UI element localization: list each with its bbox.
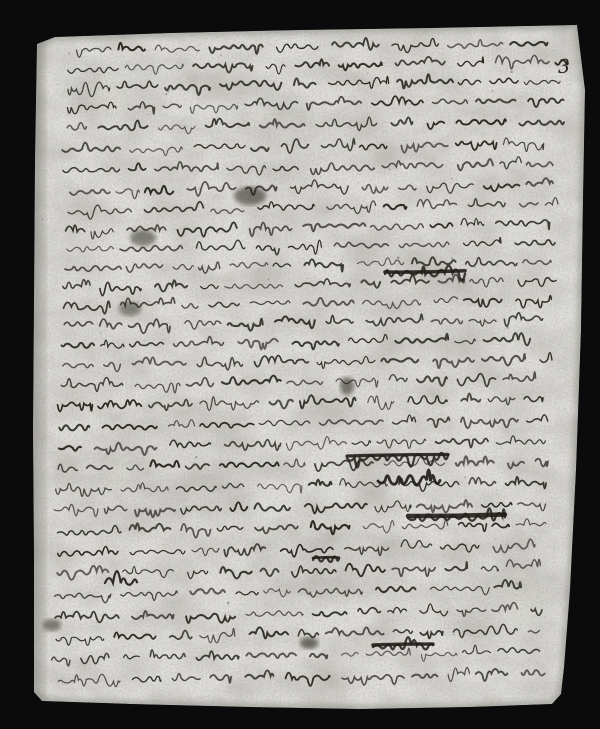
ink-blot	[119, 302, 141, 316]
dirt-speck	[451, 178, 453, 180]
dirt-speck	[368, 50, 369, 51]
dirt-speck	[41, 219, 43, 221]
age-stain	[90, 420, 270, 520]
age-stain	[250, 520, 410, 600]
dirt-speck	[68, 52, 70, 54]
dirt-speck	[149, 652, 151, 654]
dirt-speck	[167, 90, 169, 92]
dirt-speck	[165, 93, 167, 95]
dirt-speck	[482, 269, 483, 270]
dirt-speck	[434, 244, 435, 245]
dirt-speck	[477, 419, 479, 421]
dirt-speck	[148, 301, 150, 303]
strikethrough-line	[408, 515, 505, 516]
strikethrough-line	[373, 644, 433, 645]
dirt-speck	[220, 54, 222, 56]
ink-blot	[300, 637, 318, 649]
dirt-speck	[451, 257, 453, 259]
dirt-speck	[198, 188, 200, 190]
dirt-speck	[227, 602, 230, 605]
dirt-speck	[366, 72, 369, 75]
dirt-speck	[510, 70, 513, 73]
dirt-speck	[309, 697, 310, 698]
dirt-speck	[172, 370, 173, 371]
dirt-speck	[100, 332, 102, 334]
dirt-speck	[393, 612, 395, 614]
manuscript-scan: 3	[0, 0, 600, 729]
dirt-speck	[507, 327, 509, 329]
strikethrough-line	[347, 454, 448, 456]
dirt-speck	[216, 232, 218, 234]
dirt-speck	[137, 425, 138, 426]
dirt-speck	[282, 652, 284, 654]
dirt-speck	[389, 169, 390, 170]
page-number: 3	[557, 55, 570, 78]
dirt-speck	[112, 213, 113, 214]
dirt-speck	[195, 456, 198, 459]
paper-area: 3	[33, 25, 585, 709]
ink-blot	[340, 377, 354, 395]
dirt-speck	[464, 476, 466, 478]
dirt-speck	[474, 267, 476, 269]
ink-blot	[130, 230, 156, 246]
dirt-speck	[491, 90, 493, 92]
dirt-speck	[453, 634, 455, 636]
dirt-speck	[318, 49, 320, 51]
dirt-speck	[397, 257, 399, 259]
ink-blot	[234, 187, 266, 205]
dirt-speck	[563, 266, 564, 267]
ink-blot	[43, 619, 61, 631]
dirt-speck	[517, 583, 518, 584]
dirt-speck	[177, 230, 178, 231]
dirt-speck	[69, 385, 70, 386]
strikethrough-line	[313, 557, 339, 558]
manuscript-photo: 3	[0, 0, 600, 729]
strikethrough-line	[385, 271, 465, 272]
dirt-speck	[81, 505, 82, 506]
dirt-speck	[379, 281, 381, 283]
dirt-speck	[476, 163, 478, 165]
dirt-speck	[420, 546, 422, 548]
dirt-speck	[464, 497, 465, 498]
dirt-speck	[268, 279, 270, 281]
dirt-speck	[563, 34, 564, 35]
